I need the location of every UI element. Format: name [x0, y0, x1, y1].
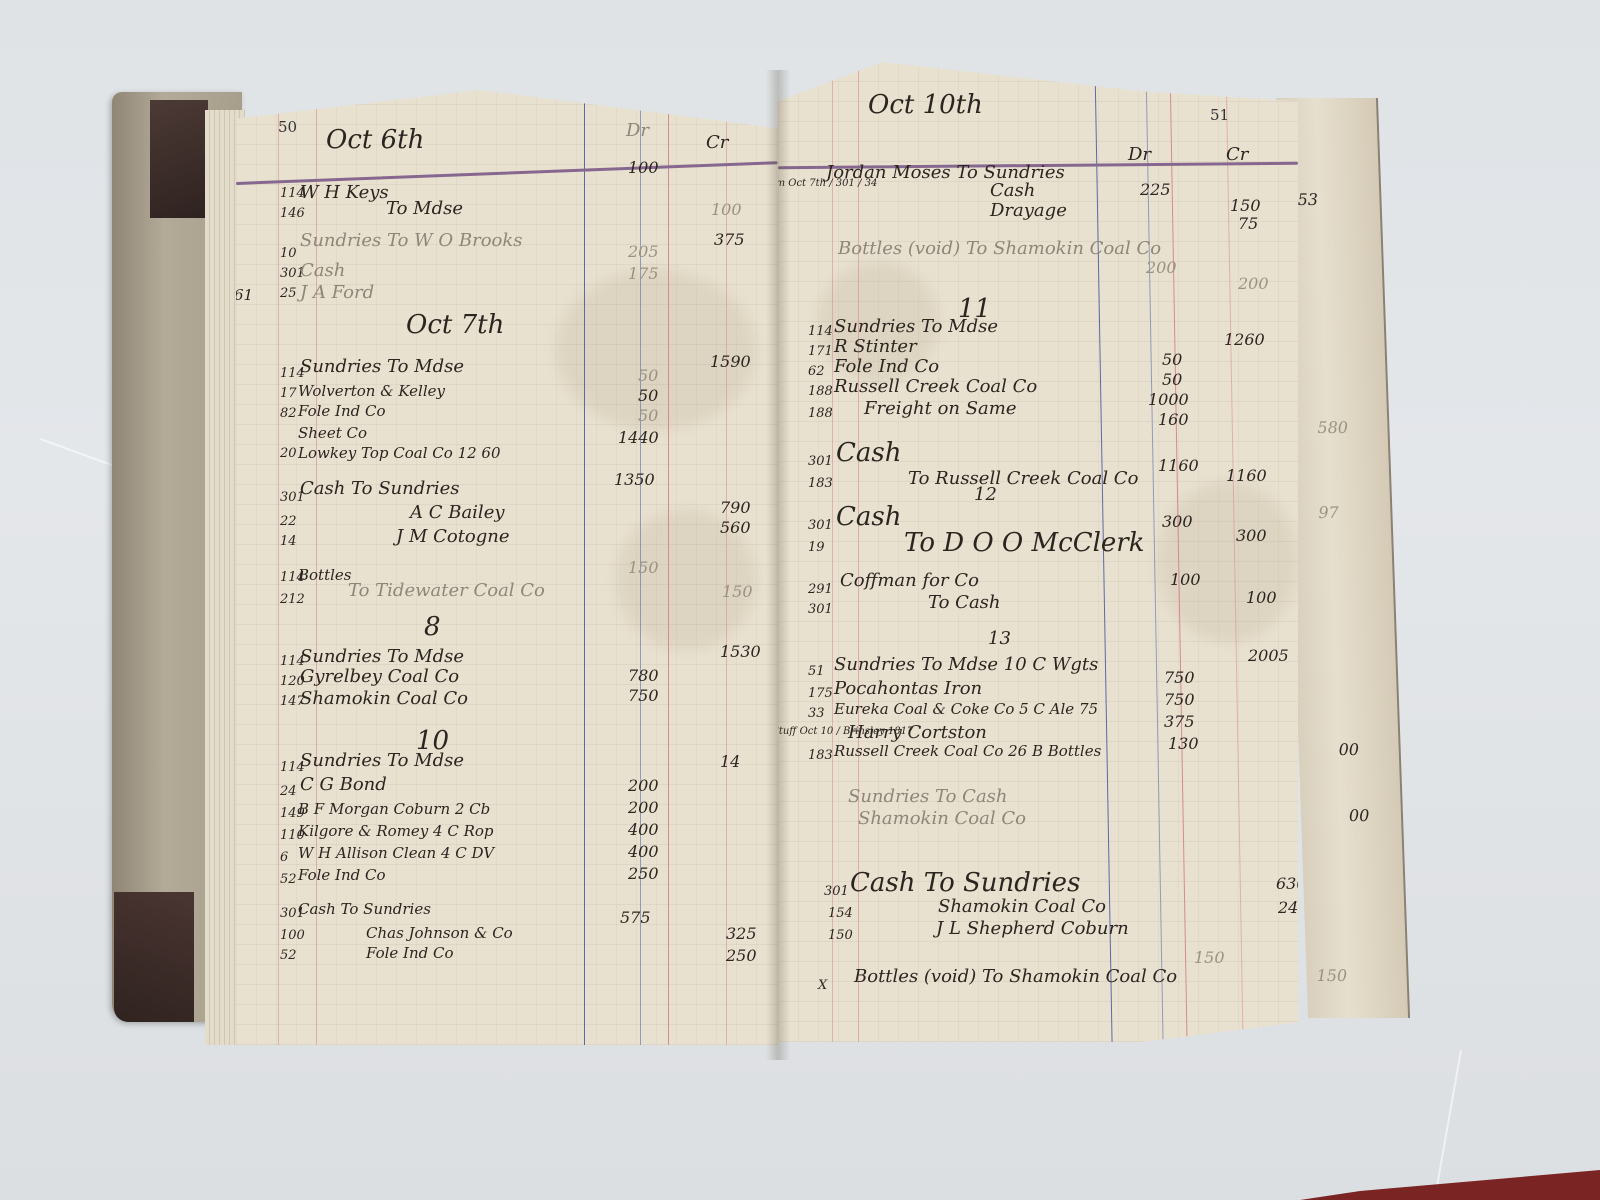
table-edge — [1300, 1170, 1600, 1200]
leather-corner-bottom — [114, 892, 194, 1022]
book-gutter — [766, 70, 790, 1060]
debit-column-head: Dr — [1128, 144, 1151, 165]
edge-number: 97 — [1318, 503, 1339, 522]
date-heading: Oct 10th — [868, 90, 983, 120]
leather-corner-top — [150, 100, 208, 218]
edge-number: 00 — [1349, 806, 1370, 825]
credit-column-head: Cr — [706, 132, 728, 153]
page-number: 51 — [1210, 106, 1229, 124]
debit-column-head: Dr — [626, 120, 649, 141]
cloth-crease — [1434, 1050, 1462, 1198]
ledger-page-left: 50 Oct 6th Dr Cr 61 114 W H Keys 100 146… — [236, 90, 778, 1045]
edge-number: 00 — [1338, 740, 1359, 759]
page-number: 50 — [278, 118, 297, 136]
edge-number: 580 — [1317, 418, 1348, 437]
date-heading: Oct 6th — [326, 125, 424, 155]
edge-number: 150 — [1316, 966, 1347, 985]
credit-column-head: Cr — [1226, 144, 1248, 165]
margin-note: 61 — [236, 286, 253, 304]
ledger-page-right: Oct 10th 51 Dr Cr cm Oct 7th / 301 / 34 … — [778, 62, 1298, 1042]
